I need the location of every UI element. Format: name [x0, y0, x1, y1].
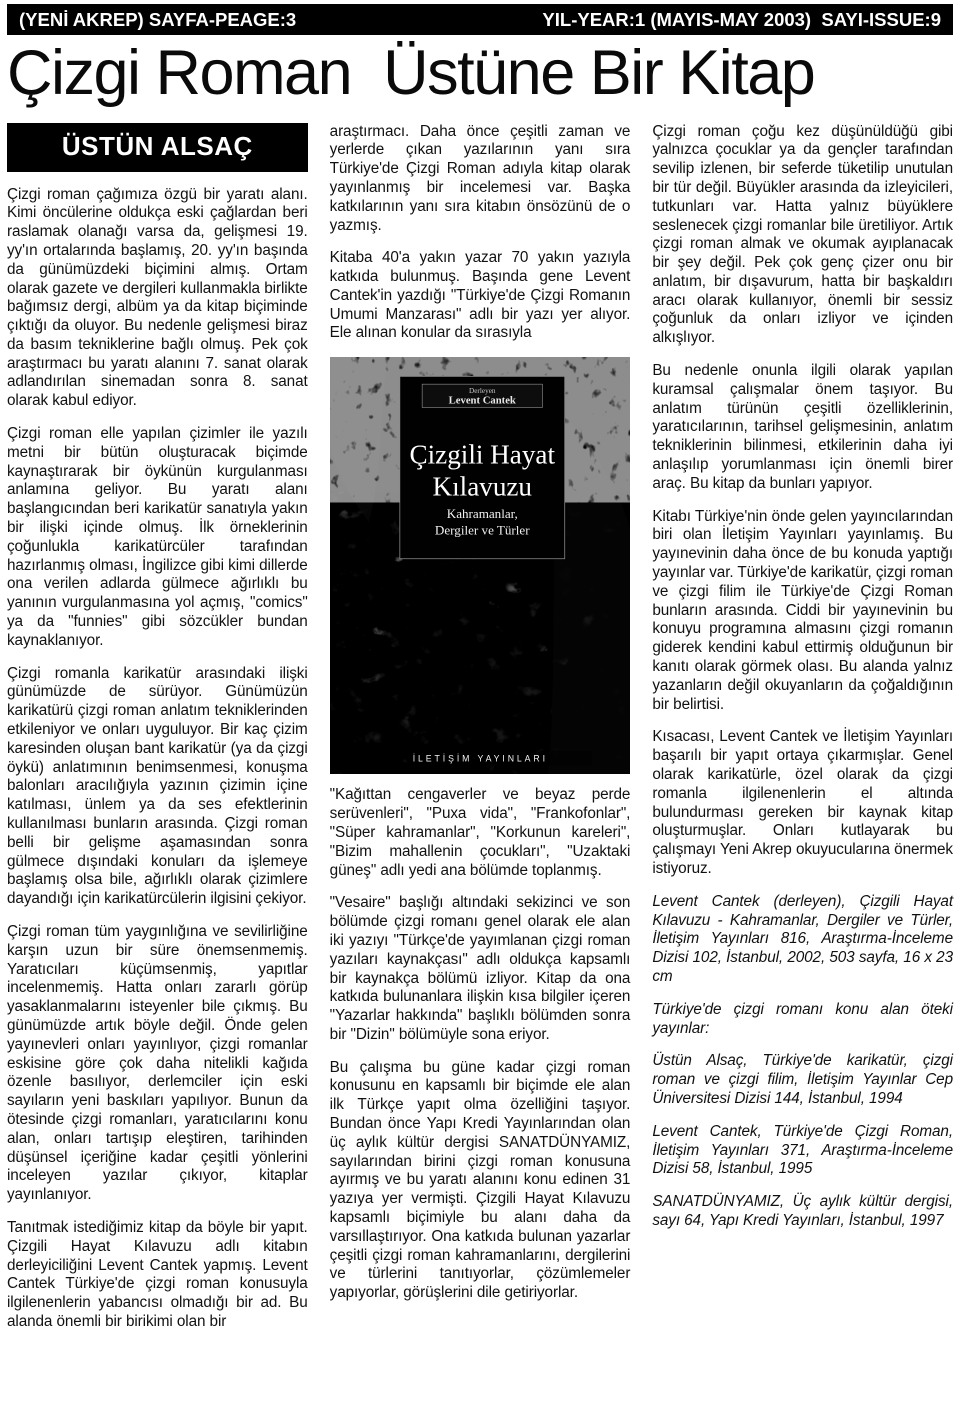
- paragraph: Bu nedenle onunla ilgili olarak yapılan …: [652, 362, 953, 494]
- paragraph: Çizgi roman çoğu kez düşünüldüğü gibi ya…: [652, 123, 953, 349]
- paragraph: Kitaba 40'a yakın yazar 70 yakın yazıyla…: [330, 249, 631, 343]
- paragraph: Bu çalışma bu güne kadar çizgi roman kon…: [330, 1059, 631, 1303]
- paragraph: araştırmacı. Daha önce çeşitli zaman ve …: [330, 123, 631, 236]
- cover-title-line1: Çizgili Hayat: [409, 440, 555, 470]
- reference-intro: Türkiye'de çizgi romanı konu alan öteki …: [652, 1001, 953, 1039]
- masthead-bar: (YENİ AKREP) SAYFA-PEAGE:3 YIL-YEAR:1 (M…: [7, 4, 953, 35]
- paragraph: Kısacası, Levent Cantek ve İletişim Yayı…: [652, 728, 953, 878]
- cover-subtitle-line2: Dergiler ve Türler: [435, 523, 530, 538]
- masthead-left-text: (YENİ AKREP) SAYFA-PEAGE:3: [19, 9, 296, 31]
- paragraph: Kitabı Türkiye'nin önde gelen yayıncılar…: [652, 508, 953, 715]
- reference-entry: SANATDÜNYAMIZ, Üç aylık kültür dergisi, …: [652, 1193, 953, 1231]
- magazine-page: (YENİ AKREP) SAYFA-PEAGE:3 YIL-YEAR:1 (M…: [0, 0, 960, 1419]
- paragraph: "Vesaire" başlığı altındaki sekizinci ve…: [330, 894, 631, 1044]
- reference-entry: Levent Cantek, Türkiye'de Çizgi Roman, İ…: [652, 1123, 953, 1179]
- cover-publisher-text: İLETİŞİM YAYINLARI: [412, 754, 547, 764]
- book-cover-image: Derleyen Levent Cantek Çizgili Hayat Kıl…: [330, 357, 631, 774]
- column-right: Çizgi roman çoğu kez düşünüldüğü gibi ya…: [652, 123, 953, 1346]
- cover-title-line2: Kılavuzu: [432, 472, 532, 502]
- cover-editor-label: Derleyen: [469, 387, 496, 395]
- author-name-box: ÜSTÜN ALSAÇ: [7, 123, 308, 172]
- book-cover-illustration: Derleyen Levent Cantek Çizgili Hayat Kıl…: [330, 357, 631, 774]
- paragraph: Çizgi roman çağımıza özgü bir yaratı ala…: [7, 186, 308, 412]
- article-columns: ÜSTÜN ALSAÇ Çizgi roman çağımıza özgü bi…: [7, 123, 953, 1346]
- masthead-right-text: YIL-YEAR:1 (MAYIS-MAY 2003) SAYI-ISSUE:9: [542, 9, 941, 31]
- paragraph: "Kağıttan cengaverler ve beyaz perde ser…: [330, 786, 631, 880]
- column-middle: araştırmacı. Daha önce çeşitli zaman ve …: [330, 123, 631, 1346]
- paragraph: Çizgi romanla karikatür arasındaki ilişk…: [7, 665, 308, 909]
- cover-subtitle-line1: Kahramanlar,: [446, 506, 517, 521]
- paragraph: Tanıtmak istediğimiz kitap da böyle bir …: [7, 1219, 308, 1332]
- cover-editor-name: Levent Cantek: [448, 396, 515, 407]
- reference-entry: Üstün Alsaç, Türkiye'de karikatür, çizgi…: [652, 1052, 953, 1108]
- reference-entry: Levent Cantek (derleyen), Çizgili Hayat …: [652, 893, 953, 987]
- column-left: ÜSTÜN ALSAÇ Çizgi roman çağımıza özgü bi…: [7, 123, 308, 1346]
- article-headline: Çizgi Roman Üstüne Bir Kitap: [7, 41, 953, 107]
- paragraph: Çizgi roman elle yapılan çizimler ile ya…: [7, 425, 308, 651]
- paragraph: Çizgi roman tüm yaygınlığına ve sevilirl…: [7, 923, 308, 1205]
